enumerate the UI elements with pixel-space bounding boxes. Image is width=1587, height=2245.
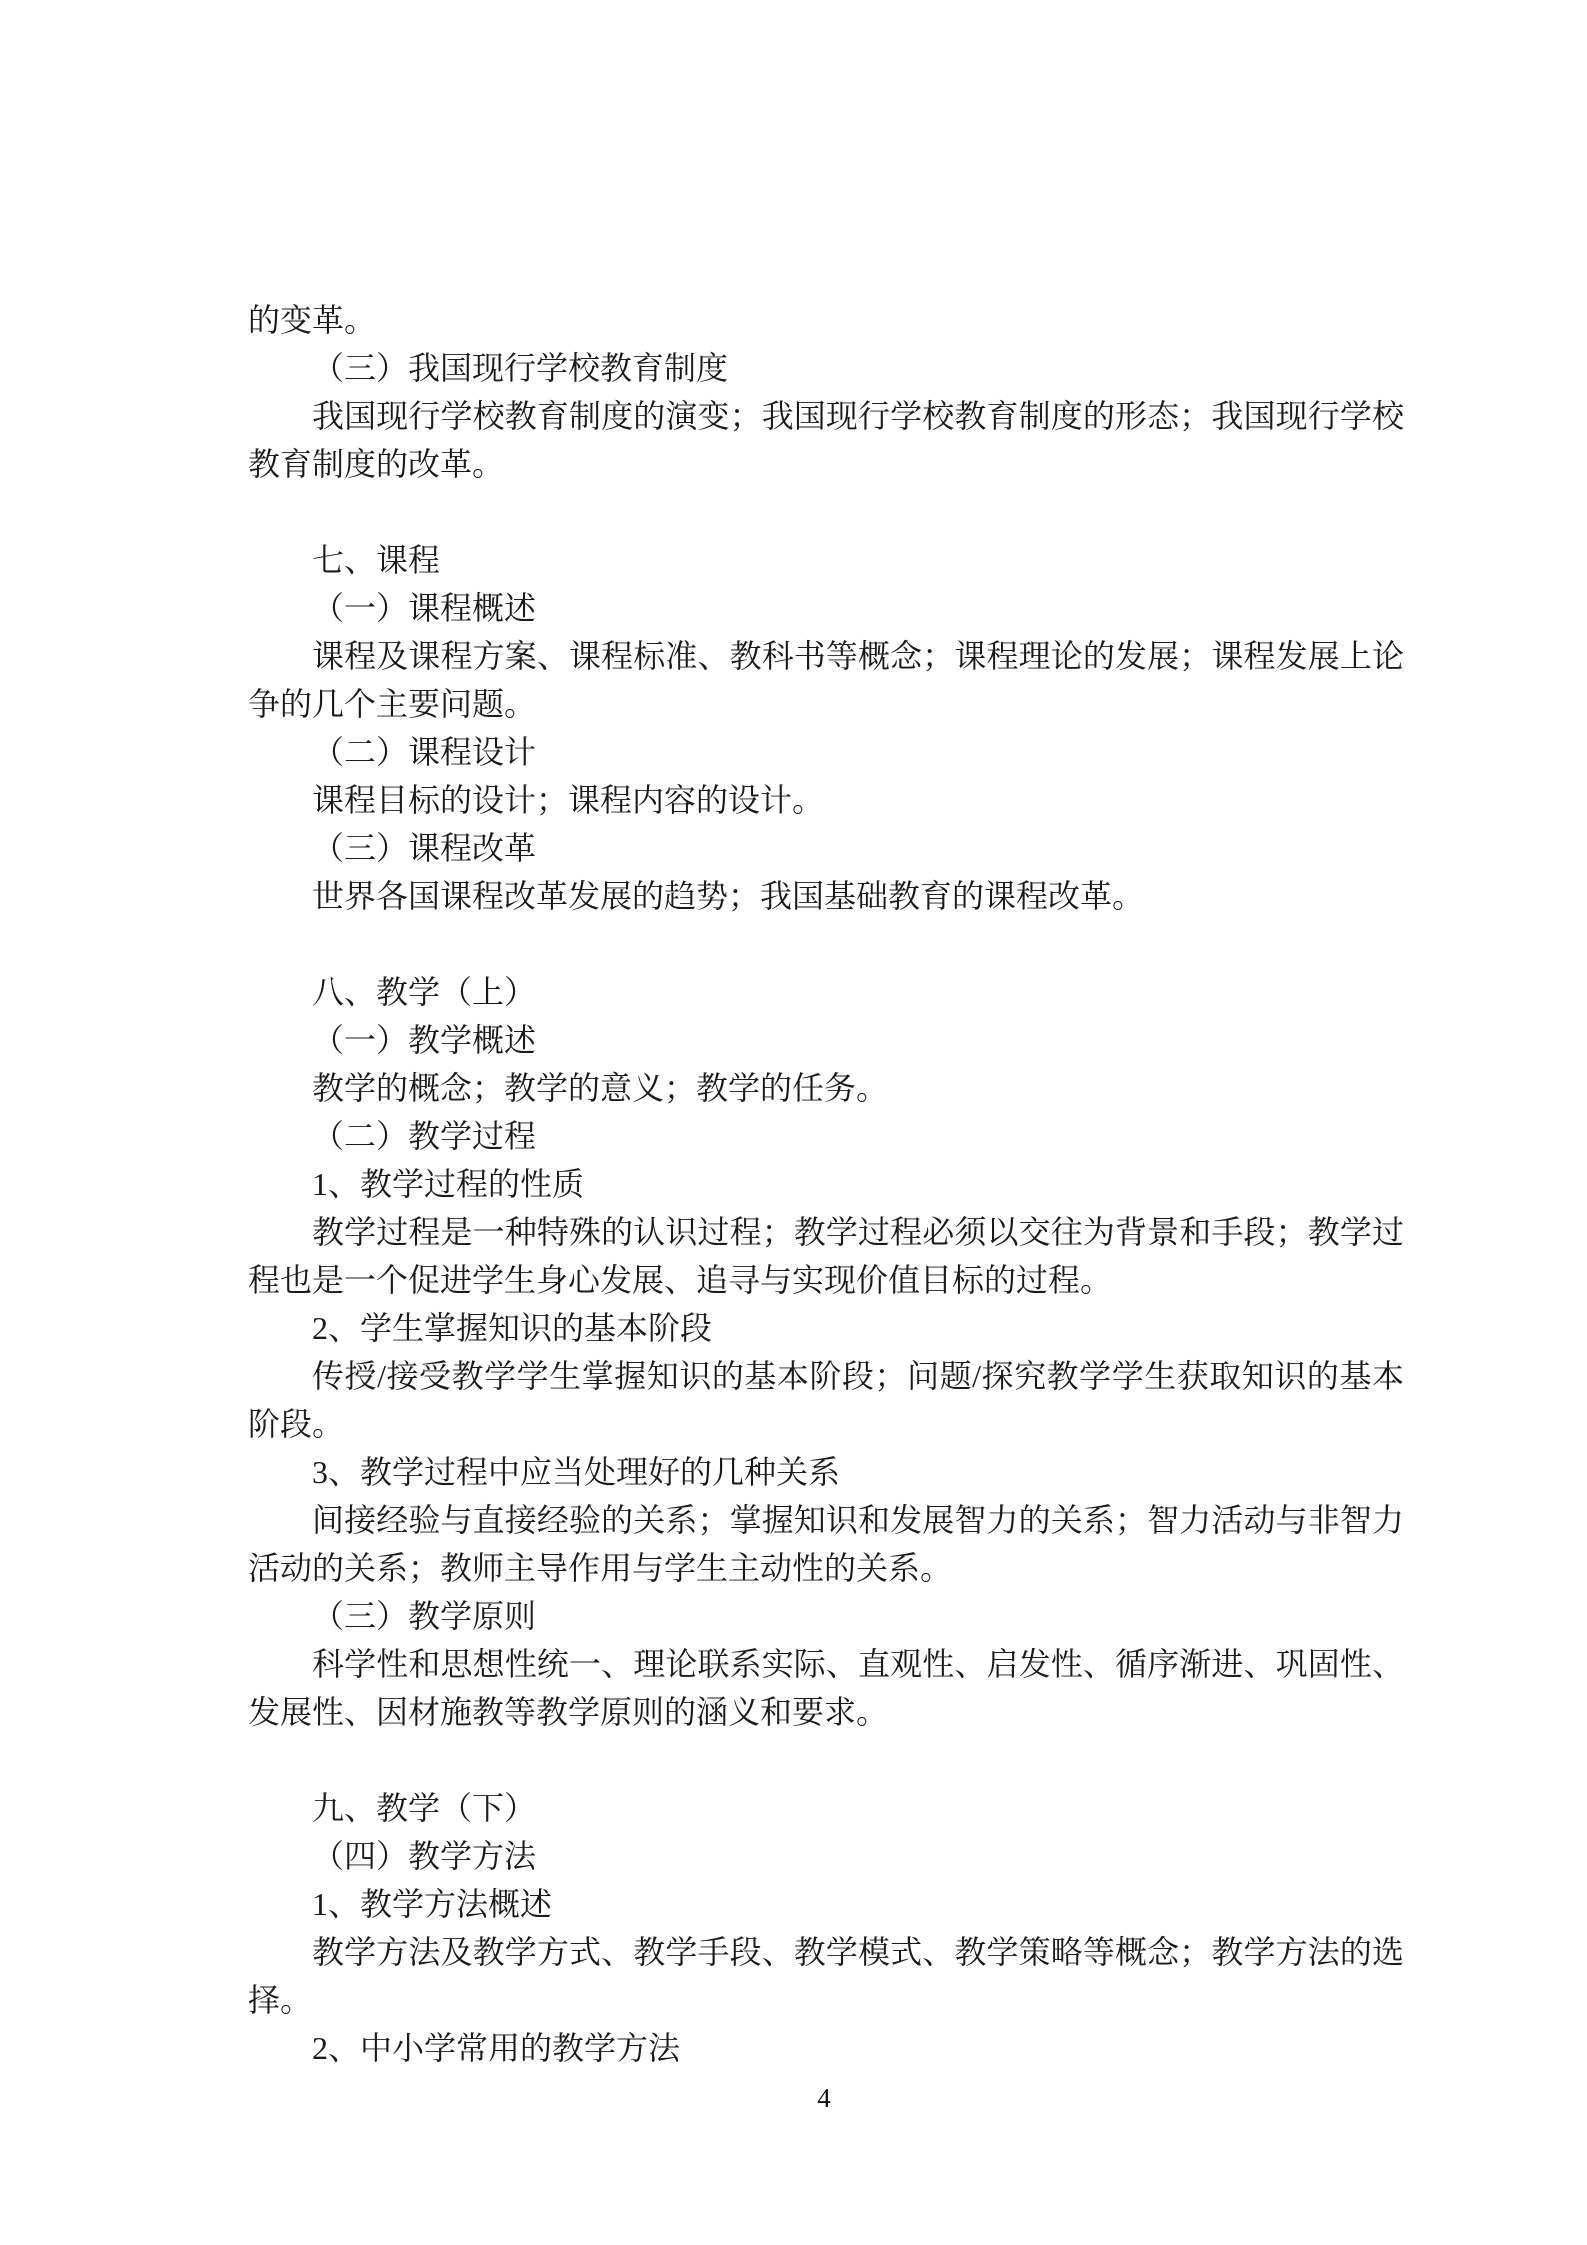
paragraph: 七、课程 bbox=[248, 536, 1404, 584]
paragraph: 我国现行学校教育制度的演变；我国现行学校教育制度的形态；我国现行学校教育制度的改… bbox=[248, 392, 1404, 488]
paragraph: 八、教学（上） bbox=[248, 968, 1404, 1016]
paragraph: 教学方法及教学方式、教学手段、教学模式、教学策略等概念；教学方法的选择。 bbox=[248, 1928, 1404, 2024]
page-footer: 4 bbox=[248, 2082, 1400, 2114]
paragraph: （三）教学原则 bbox=[248, 1592, 1404, 1640]
paragraph: （二）教学过程 bbox=[248, 1112, 1404, 1160]
paragraph: 1、教学过程的性质 bbox=[248, 1160, 1404, 1208]
document-body: 的变革。（三）我国现行学校教育制度我国现行学校教育制度的演变；我国现行学校教育制… bbox=[248, 296, 1404, 2072]
blank-line bbox=[248, 920, 1404, 968]
page-number: 4 bbox=[817, 2083, 831, 2113]
blank-line bbox=[248, 1736, 1404, 1784]
paragraph: 3、教学过程中应当处理好的几种关系 bbox=[248, 1448, 1404, 1496]
paragraph: 教学的概念；教学的意义；教学的任务。 bbox=[248, 1064, 1404, 1112]
paragraph: 课程目标的设计；课程内容的设计。 bbox=[248, 776, 1404, 824]
paragraph: 九、教学（下） bbox=[248, 1784, 1404, 1832]
paragraph: 传授/接受教学学生掌握知识的基本阶段；问题/探究教学学生获取知识的基本阶段。 bbox=[248, 1352, 1404, 1448]
paragraph: 2、中小学常用的教学方法 bbox=[248, 2024, 1404, 2072]
paragraph: 科学性和思想性统一、理论联系实际、直观性、启发性、循序渐进、巩固性、发展性、因材… bbox=[248, 1640, 1404, 1736]
paragraph: （一）课程概述 bbox=[248, 584, 1404, 632]
paragraph: 间接经验与直接经验的关系；掌握知识和发展智力的关系；智力活动与非智力活动的关系；… bbox=[248, 1496, 1404, 1592]
paragraph: （四）教学方法 bbox=[248, 1832, 1404, 1880]
paragraph: 的变革。 bbox=[248, 296, 1404, 344]
paragraph: 2、学生掌握知识的基本阶段 bbox=[248, 1304, 1404, 1352]
document-page: 的变革。（三）我国现行学校教育制度我国现行学校教育制度的演变；我国现行学校教育制… bbox=[0, 0, 1587, 2245]
paragraph: 教学过程是一种特殊的认识过程；教学过程必须以交往为背景和手段；教学过程也是一个促… bbox=[248, 1208, 1404, 1304]
blank-line bbox=[248, 488, 1404, 536]
paragraph: 世界各国课程改革发展的趋势；我国基础教育的课程改革。 bbox=[248, 872, 1404, 920]
paragraph: （三）课程改革 bbox=[248, 824, 1404, 872]
paragraph: 1、教学方法概述 bbox=[248, 1880, 1404, 1928]
paragraph: （二）课程设计 bbox=[248, 728, 1404, 776]
paragraph: （一）教学概述 bbox=[248, 1016, 1404, 1064]
paragraph: 课程及课程方案、课程标准、教科书等概念；课程理论的发展；课程发展上论争的几个主要… bbox=[248, 632, 1404, 728]
paragraph: （三）我国现行学校教育制度 bbox=[248, 344, 1404, 392]
